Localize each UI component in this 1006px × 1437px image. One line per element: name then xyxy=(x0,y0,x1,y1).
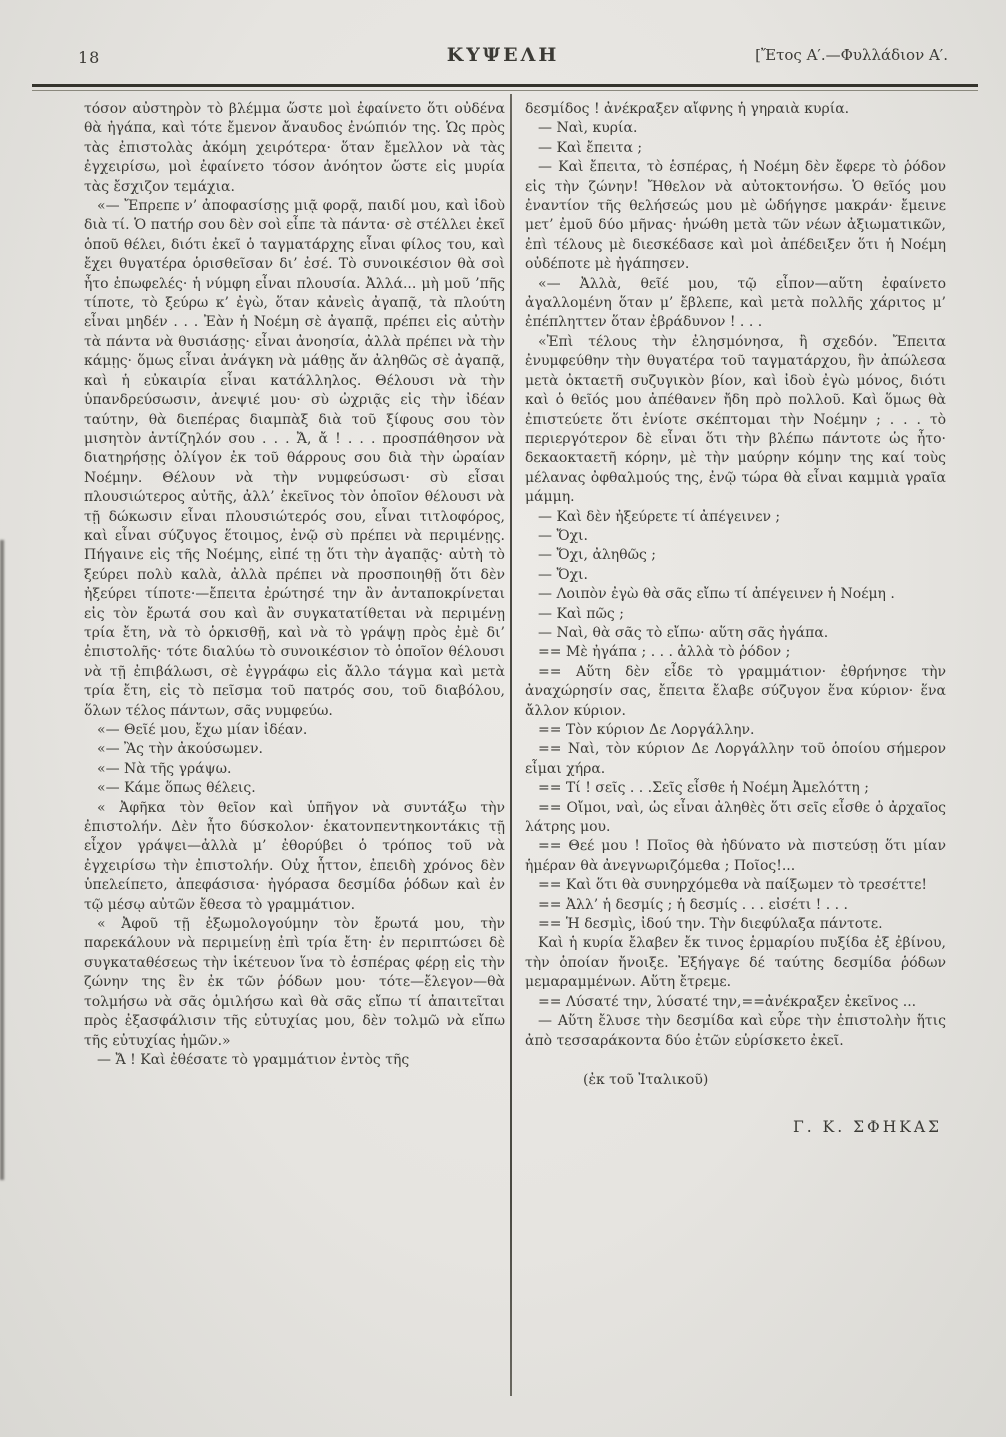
paragraph: — Καὶ πῶς ; xyxy=(525,605,946,624)
paragraph: == Αὕτη δὲν εἶδε τὸ γραμμάτιον· ἐθρήνησε… xyxy=(525,663,946,721)
paragraph: «— Ἂς τὴν ἀκούσωμεν. xyxy=(84,740,505,759)
paragraph: — Λοιπὸν ἐγὼ θὰ σᾶς εἴπω τί ἀπέγεινεν ἡ … xyxy=(525,585,946,604)
paragraph: « Ἀφῆκα τὸν θεῖον καὶ ὑπῆγον νὰ συντάξω … xyxy=(84,799,505,915)
paragraph: «Ἐπὶ τέλους τὴν ἐλησμόνησα, ἢ σχεδόν. Ἔπ… xyxy=(525,333,946,508)
paragraph: — Καὶ ἔπειτα, τὸ ἑσπέρας, ἡ Νοέμη δὲν ἔφ… xyxy=(525,158,946,274)
author-signature: Γ. Κ. ΣΦΗΚΑΣ xyxy=(525,1118,946,1137)
paragraph: δεσμίδος ! ἀνέκραξεν αἴφνης ἡ γηραιὰ κυρ… xyxy=(525,100,946,119)
paragraph: == Ἡ δεσμὶς, ἰδού την. Τὴν διεφύλαξα πάν… xyxy=(525,915,946,934)
paragraph: « Ἀφοῦ τῇ ἐξωμολογούμην τὸν ἔρωτά μου, τ… xyxy=(84,915,505,1051)
paragraph: — Ὄχι. xyxy=(525,566,946,585)
right-column: δεσμίδος ! ἀνέκραξεν αἴφνης ἡ γηραιὰ κυρ… xyxy=(525,100,946,1138)
paragraph: — Ὄχι, ἀληθῶς ; xyxy=(525,546,946,565)
source-note: (ἐκ τοῦ Ἰταλικοῦ) xyxy=(525,1071,946,1090)
paragraph: — Αὕτη ἔλυσε τὴν δεσμίδα καὶ εὗρε τὴν ἐπ… xyxy=(525,1012,946,1051)
header-rule xyxy=(32,84,978,91)
scan-edge-artifact xyxy=(0,540,4,1180)
paragraph: — Καὶ δὲν ἠξεύρετε τί ἀπέγεινεν ; xyxy=(525,508,946,527)
scanned-periodical-page: 18 ΚΥΨΕΛΗ [Ἔτος Α′.—Φυλλάδιον Α′. τόσον … xyxy=(0,0,1006,1437)
paragraph: — Ὄχι. xyxy=(525,527,946,546)
paragraph: — Ναὶ, κυρία. xyxy=(525,119,946,138)
paragraph: == Καὶ ὅτι θὰ συνηρχόμεθα νὰ παίξωμεν τὸ… xyxy=(525,876,946,895)
paragraph: — Ναὶ, θὰ σᾶς τὸ εἴπω· αὕτη σᾶς ἠγάπα. xyxy=(525,624,946,643)
paragraph: == Οἴμοι, ναὶ, ὡς εἶναι ἀληθὲς ὅτι σεῖς … xyxy=(525,799,946,838)
page-header: 18 ΚΥΨΕΛΗ [Ἔτος Α′.—Φυλλάδιον Α′. xyxy=(0,40,1006,74)
paragraph: «— Ἀλλὰ, θεῖέ μου, τῷ εἶπον—αὕτη ἐφαίνετ… xyxy=(525,275,946,333)
paragraph: «— Ἔπρεπε ν’ ἀποφασίσῃς μιᾷ φορᾷ, παιδί … xyxy=(84,197,505,721)
issue-info: [Ἔτος Α′.—Φυλλάδιον Α′. xyxy=(755,46,948,64)
paragraph: == Ἀλλ’ ἡ δεσμίς ; ἡ δεσμίς . . . εἰσέτι… xyxy=(525,896,946,915)
paragraph: == Ναὶ, τὸν κύριον Δε Λοργάλλην τοῦ ὁποί… xyxy=(525,740,946,779)
paragraph: — Καὶ ἔπειτα ; xyxy=(525,139,946,158)
paragraph: τόσον αὐστηρὸν τὸ βλέμμα ὥστε μοὶ ἐφαίνε… xyxy=(84,100,505,197)
paragraph: == Τί ! σεῖς . . .Σεῖς εἶσθε ἡ Νοέμη Ἀμε… xyxy=(525,779,946,798)
paragraph: == Λύσατέ την, λύσατέ την,==ἀνέκραξεν ἐκ… xyxy=(525,993,946,1012)
paragraph: Καὶ ἡ κυρία ἔλαβεν ἔκ τινος ἑρμαρίου πυξ… xyxy=(525,934,946,992)
paragraph: == Τὸν κύριον Δε Λοργάλλην. xyxy=(525,721,946,740)
paragraph: — Ἄ ! Καὶ ἐθέσατε τὸ γραμμάτιον ἐντὸς τῆ… xyxy=(84,1051,505,1070)
paragraph: «— Θεῖέ μου, ἔχω μίαν ἰδέαν. xyxy=(84,721,505,740)
left-column: τόσον αὐστηρὸν τὸ βλέμμα ὥστε μοὶ ἐφαίνε… xyxy=(84,100,505,1070)
paragraph: «— Κάμε ὅπως θέλεις. xyxy=(84,779,505,798)
paragraph: == Μὲ ἠγάπα ; . . . ἀλλὰ τὸ ῥόδον ; xyxy=(525,643,946,662)
column-divider xyxy=(510,94,512,1396)
paragraph: «— Νὰ τῆς γράψω. xyxy=(84,760,505,779)
paragraph: == Θεέ μου ! Ποῖος θὰ ἠδύνατο νὰ πιστεύσ… xyxy=(525,837,946,876)
